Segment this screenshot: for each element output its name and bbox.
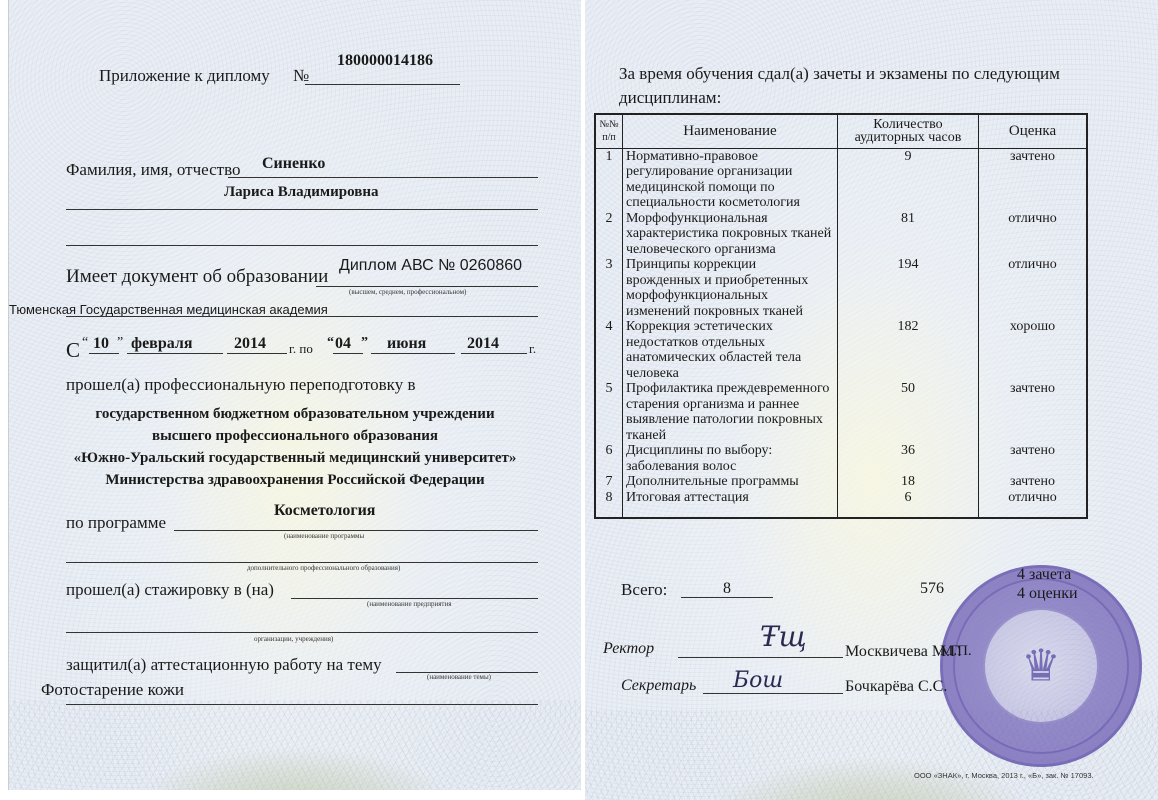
cell-hours: 182 [838,319,979,381]
number-underline [305,84,460,85]
internship-hint-1: (наименование предприятия [367,600,451,608]
cell-grade: отлично [979,257,1088,319]
cell-name: Профилактика преждевременного старения о… [623,381,838,443]
year-to-underline [461,353,527,354]
total-count: 8 [723,580,731,598]
diploma-supplement-right-page: За время обучения сдал(а) зачеты и экзам… [585,0,1158,800]
cell-grade: отлично [979,211,1088,258]
cell-num: 8 [595,490,623,519]
grades-table-body: 1Нормативно-правовое регулирование орган… [595,148,1087,518]
cell-hours: 36 [838,443,979,474]
education-doc-underline [316,286,538,287]
program-hint-2: дополнительного профессионального образо… [247,564,400,572]
table-row: 2Морфофункциональная характеристика покр… [595,211,1087,258]
cell-num: 3 [595,257,623,319]
cell-hours: 81 [838,211,979,258]
table-row: 8Итоговая аттестация6отлично [595,490,1087,519]
internship-label: прошел(а) стажировку в (на) [66,580,274,600]
education-doc-value: Диплом АВС № 0260860 [339,257,522,275]
guilloche-ornament [9,700,581,790]
date-from-month: февраля [131,335,192,353]
table-row: 5Профилактика преждевременного старения … [595,381,1087,443]
blank-underline [66,245,538,246]
thesis-value: Фотостарение кожи [41,680,184,700]
fio-underline [228,177,538,178]
thesis-underline-2 [66,704,538,705]
day-underline [89,353,119,354]
year-suffix: г. [529,341,536,357]
secretary-signature: Бош [733,668,783,693]
education-doc-hint: (высшем, среднем, профессиональном) [349,288,466,296]
cell-name: Дисциплины по выбору: заболевания волос [623,443,838,474]
program-label: по программе [66,513,166,533]
program-underline [174,530,538,531]
diploma-supplement-left-page: Приложение к диплому № 180000014186 Фами… [8,0,581,790]
cell-name: Нормативно-правовое регулирование органи… [623,148,838,211]
cell-hours: 6 [838,490,979,519]
thesis-label: защитил(а) аттестационную работу на тему [66,655,382,675]
cell-num: 6 [595,443,623,474]
education-institution: Тюменская Государственная медицинская ак… [9,302,328,317]
quote-open-2: “ [327,335,334,351]
supplement-title: Приложение к диплому [99,66,270,86]
date-from-day: 10 [93,335,109,353]
total-grades: 4 оценки [1017,585,1078,603]
table-row: 1Нормативно-правовое регулирование орган… [595,148,1087,211]
secretary-signature-line [703,693,843,694]
quote-close: ” [117,335,123,351]
total-credits: 4 зачета [1017,566,1071,584]
cell-hours: 9 [838,148,979,211]
table-row: 4Коррекция эстетических недостатков отде… [595,319,1087,381]
cell-grade: зачтено [979,474,1088,490]
institution-underline [66,316,538,317]
thesis-hint: (наименование темы) [427,673,491,681]
month-to-underline [371,353,455,354]
retraining-label: прошел(а) профессиональную переподготовк… [66,375,415,395]
date-from-prefix: С [66,338,80,363]
rector-signature-line [678,657,843,658]
table-row: 6Дисциплины по выбору: заболевания волос… [595,443,1087,474]
cell-name: Итоговая аттестация [623,490,838,519]
program-value: Косметология [274,502,375,520]
supplement-number: 180000014186 [337,52,433,70]
rector-signature: Ŧщ [760,620,807,653]
fio-label: Фамилия, имя, отчество [66,160,241,180]
cell-hours: 194 [838,257,979,319]
cell-grade: зачтено [979,443,1088,474]
cell-name: Морфофункциональная характеристика покро… [623,211,838,258]
date-to-day: 04 [335,335,351,353]
internship-underline [291,598,538,599]
intro-line-2: дисциплинам: [619,88,721,108]
internship-hint-2: организации, учреждения) [254,635,333,643]
grades-table: №№ п/п Наименование Количество аудиторны… [594,113,1088,519]
name-patronymic-value: Лариса Владимировна [224,184,378,201]
date-to-month: июня [387,335,426,353]
cell-grade: зачтено [979,148,1088,211]
printer-line: ООО «ЗНАК», г. Москва, 2013 г., «Б», зак… [914,771,1094,780]
cell-num: 1 [595,148,623,211]
cell-num: 7 [595,474,623,490]
header-num: №№ п/п [595,114,623,148]
stamp-mark: М.П. [940,643,972,660]
rector-label: Ректор [603,640,654,658]
cell-num: 2 [595,211,623,258]
cell-grade: зачтено [979,381,1088,443]
institution-line: высшего профессионального образования [9,425,581,447]
quote-open: “ [82,335,88,351]
cell-hours: 18 [838,474,979,490]
institution-block: государственном бюджетном образовательно… [9,403,581,491]
education-doc-label: Имеет документ об образовании [66,266,328,288]
table-row: 7Дополнительные программы18зачтено [595,474,1087,490]
header-name: Наименование [623,114,838,148]
secretary-name: Бочкарёва С.С. [845,678,947,696]
cell-num: 5 [595,381,623,443]
date-from-year: 2014 [234,335,266,353]
institution-line: «Южно-Уральский государственный медицинс… [9,447,581,469]
header-hours: Количество аудиторных часов [838,114,979,148]
cell-name: Коррекция эстетических недостатков отдел… [623,319,838,381]
cell-num: 4 [595,319,623,381]
header-grade: Оценка [979,114,1088,148]
program-underline-2 [66,562,538,563]
total-hours: 576 [920,580,944,598]
name-underline [66,209,538,210]
number-sign: № [293,66,309,86]
month-underline [127,353,223,354]
institution-line: Министерства здравоохранения Российской … [9,469,581,491]
date-to-year: 2014 [467,335,499,353]
institution-line: государственном бюджетном образовательно… [9,403,581,425]
day-to-underline [333,353,363,354]
quote-close-2: ” [361,335,368,351]
cell-grade: отлично [979,490,1088,519]
secretary-label: Секретарь [621,677,696,695]
total-label: Всего: [621,580,667,600]
year-underline [227,353,287,354]
surname-value: Синенко [262,155,325,173]
cell-name: Дополнительные программы [623,474,838,490]
cell-hours: 50 [838,381,979,443]
intro-line-1: За время обучения сдал(а) зачеты и экзам… [619,64,1060,84]
internship-underline-2 [66,632,538,633]
cell-name: Принципы коррекции врожденных и приобрет… [623,257,838,319]
program-hint-1: (наименование программы [284,532,364,540]
date-to-prefix: г. по [289,341,313,357]
cell-grade: хорошо [979,319,1088,381]
table-row: 3Принципы коррекции врожденных и приобре… [595,257,1087,319]
coat-of-arms-icon: ♛ [1021,641,1060,692]
